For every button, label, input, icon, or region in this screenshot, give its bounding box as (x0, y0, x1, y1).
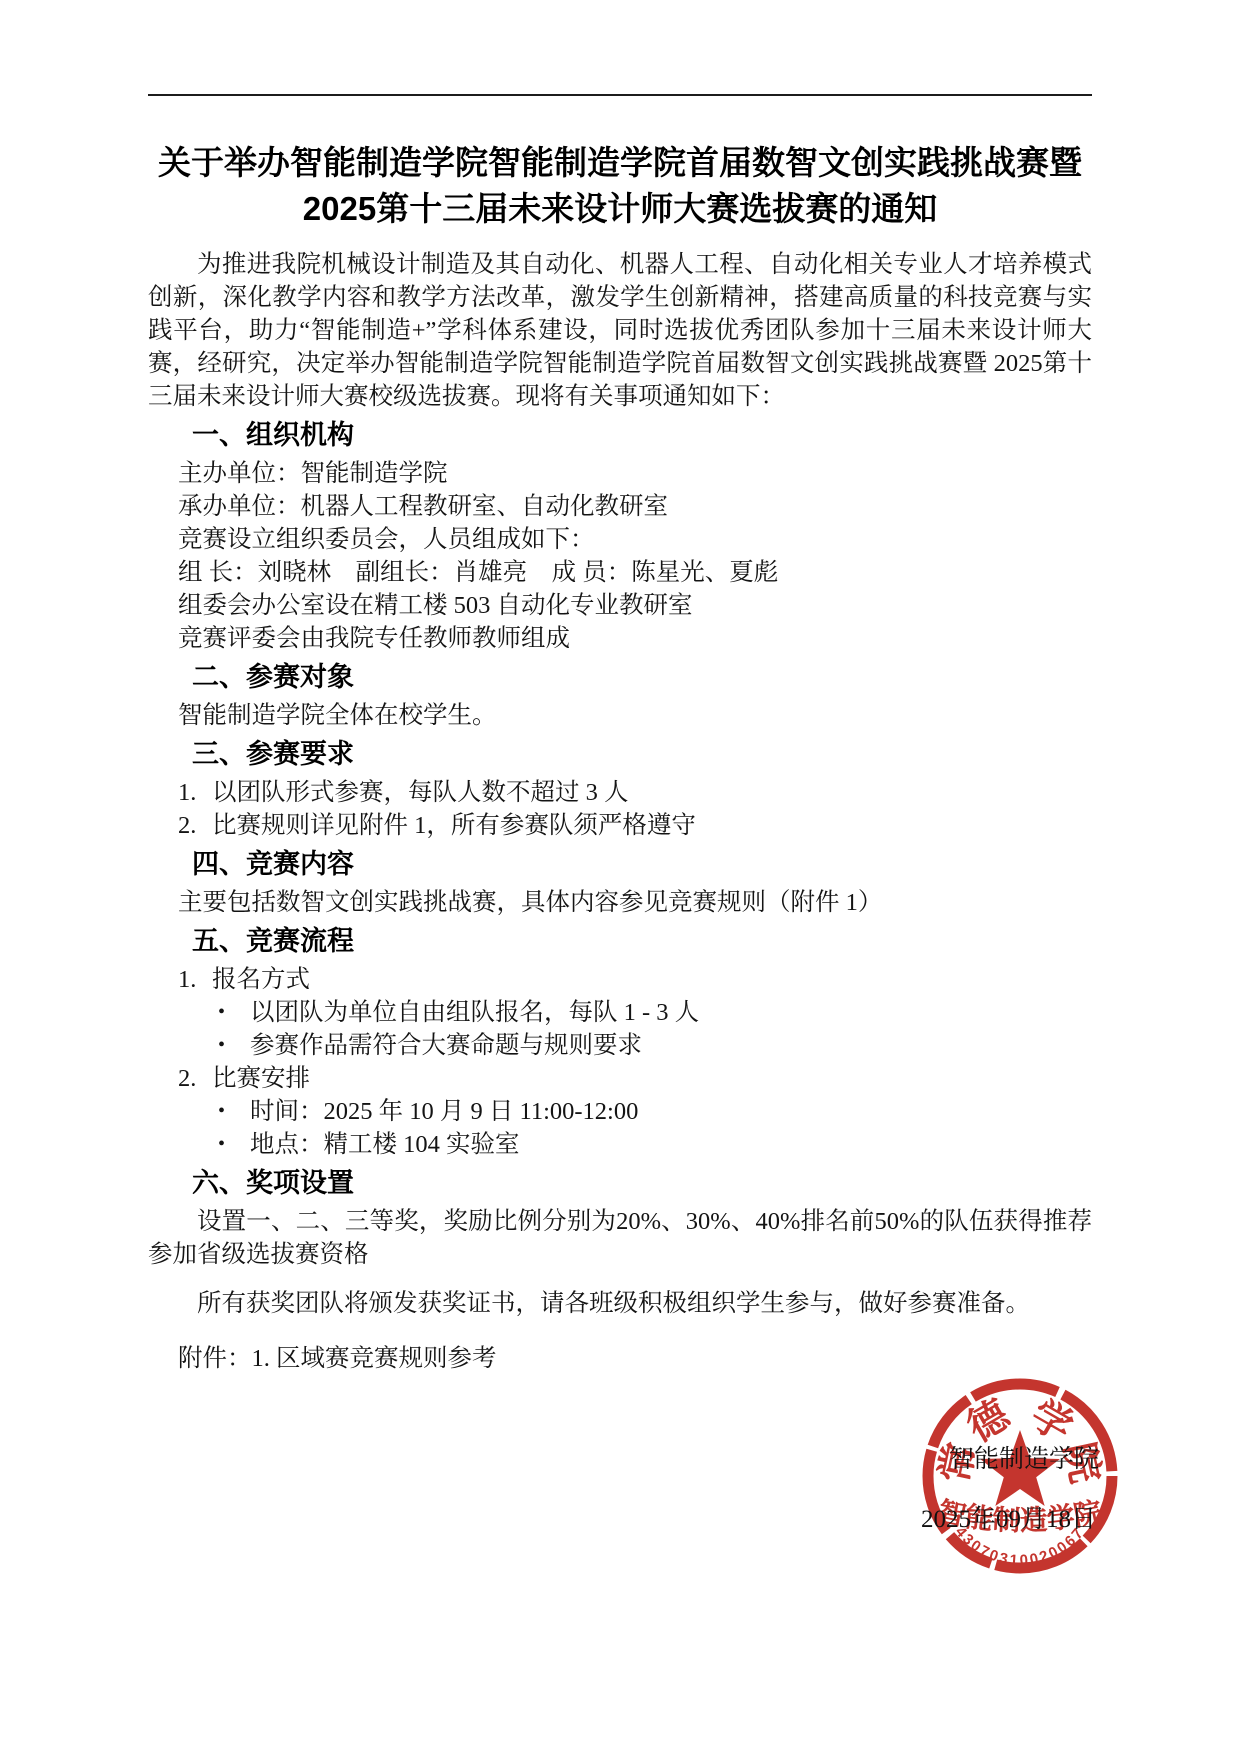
requirement-text: 比赛规则详见附件 1，所有参赛队须严格遵守 (212, 809, 696, 842)
awards-paragraph: 设置一、二、三等奖，奖励比例分别为20%、30%、40%排名前50%的队伍获得推… (148, 1205, 1092, 1271)
official-seal-stamp: 常 德 学 院 智能制造学院 43070310020067 (918, 1374, 1122, 1578)
process-bullet: • 以团队为单位自由组队报名，每队 1 - 3 人 (218, 996, 1092, 1029)
participants-line: 智能制造学院全体在校学生。 (178, 699, 1092, 732)
process-item: 1. 报名方式 (178, 963, 1092, 996)
bullet-text: 以团队为单位自由组队报名，每队 1 - 3 人 (250, 996, 699, 1029)
attachment-line: 附件：1. 区域赛竞赛规则参考 (178, 1342, 1092, 1375)
process-item: 2. 比赛安排 (178, 1062, 1092, 1095)
content-line: 主要包括数智文创实践挑战赛，具体内容参见竞赛规则（附件 1） (178, 886, 1092, 919)
process-text: 比赛安排 (212, 1062, 310, 1095)
bullet-icon: • (218, 1128, 250, 1161)
list-number: 2. (178, 1062, 212, 1095)
document-title-line2: 2025第十三届未来设计师大赛选拔赛的通知 (148, 186, 1092, 232)
document-page: 关于举办智能制造学院智能制造学院首届数智文创实践挑战赛暨 2025第十三届未来设… (0, 0, 1240, 1754)
bullet-text: 参赛作品需符合大赛命题与规则要求 (250, 1029, 642, 1062)
bullet-icon: • (218, 1029, 250, 1062)
document-title-line1: 关于举办智能制造学院智能制造学院首届数智文创实践挑战赛暨 (148, 140, 1092, 186)
process-bullet: • 地点：精工楼 104 实验室 (218, 1128, 1092, 1161)
process-bullet: • 参赛作品需符合大赛命题与规则要求 (218, 1029, 1092, 1062)
signature-date: 2025年09月18日 (921, 1506, 1096, 1534)
section-heading-3: 三、参赛要求 (192, 736, 1092, 773)
list-number: 1. (178, 776, 212, 809)
process-text: 报名方式 (212, 963, 310, 996)
signature-department: 智能制造学院 (949, 1446, 1099, 1474)
bullet-icon: • (218, 1095, 250, 1128)
bullet-text: 地点：精工楼 104 实验室 (250, 1128, 520, 1161)
header-rule (148, 94, 1092, 96)
org-line: 竞赛评委会由我院专任教师教师组成 (178, 622, 1092, 655)
document-title: 关于举办智能制造学院智能制造学院首届数智文创实践挑战赛暨 2025第十三届未来设… (148, 140, 1092, 232)
document-body: 关于举办智能制造学院智能制造学院首届数智文创实践挑战赛暨 2025第十三届未来设… (148, 130, 1092, 1375)
requirement-text: 以团队形式参赛，每队人数不超过 3 人 (212, 776, 629, 809)
requirement-item: 2. 比赛规则详见附件 1，所有参赛队须严格遵守 (178, 809, 1092, 842)
org-line: 组委会办公室设在精工楼 503 自动化专业教研室 (178, 589, 1092, 622)
list-number: 2. (178, 809, 212, 842)
bullet-icon: • (218, 996, 250, 1029)
section-heading-4: 四、竞赛内容 (192, 846, 1092, 883)
org-line: 承办单位：机器人工程教研室、自动化教研室 (178, 490, 1092, 523)
list-number: 1. (178, 963, 212, 996)
org-line: 竞赛设立组织委员会，人员组成如下： (178, 523, 1092, 556)
closing-note: 所有获奖团队将颁发获奖证书，请各班级积极组织学生参与，做好参赛准备。 (148, 1287, 1092, 1320)
org-line: 组 长：刘晓林 副组长：肖雄亮 成 员：陈星光、夏彪 (178, 556, 1092, 589)
org-line: 主办单位：智能制造学院 (178, 457, 1092, 490)
section-heading-6: 六、奖项设置 (192, 1165, 1092, 1202)
bullet-text: 时间：2025 年 10 月 9 日 11:00-12:00 (250, 1095, 638, 1128)
section-heading-5: 五、竞赛流程 (192, 923, 1092, 960)
section-heading-2: 二、参赛对象 (192, 659, 1092, 696)
requirement-item: 1. 以团队形式参赛，每队人数不超过 3 人 (178, 776, 1092, 809)
process-bullet: • 时间：2025 年 10 月 9 日 11:00-12:00 (218, 1095, 1092, 1128)
section-heading-1: 一、组织机构 (192, 417, 1092, 454)
intro-paragraph: 为推进我院机械设计制造及其自动化、机器人工程、自动化相关专业人才培养模式创新，深… (148, 248, 1092, 413)
